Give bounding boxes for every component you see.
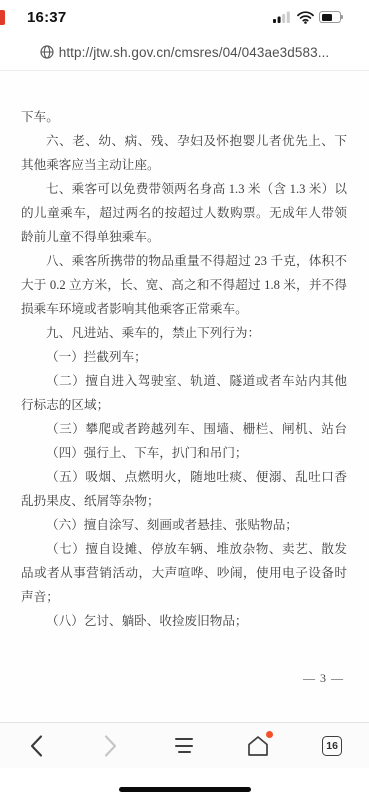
document-line: 乱扔果皮、纸屑等杂物； bbox=[21, 489, 347, 513]
tabs-button[interactable]: 16 bbox=[295, 723, 369, 768]
document-page: 下车。六、老、幼、病、残、孕妇及怀抱婴儿者优先上、下车，其他乘客应当主动让座。七… bbox=[0, 71, 369, 721]
document-line: 声音； bbox=[21, 585, 347, 609]
home-indicator-zone bbox=[0, 768, 369, 800]
forward-button[interactable] bbox=[74, 723, 148, 768]
document-line: （三）攀爬或者跨越列车、围墙、栅栏、闸机、站台门； bbox=[21, 417, 347, 441]
document-line: 其他乘客应当主动让座。 bbox=[21, 153, 347, 177]
document-line: 九、凡进站、乘车的，禁止下列行为： bbox=[21, 321, 347, 345]
document-line: （一）拦截列车； bbox=[21, 345, 347, 369]
document-line: 行标志的区域； bbox=[21, 393, 347, 417]
back-button[interactable] bbox=[0, 723, 74, 768]
cellular-signal-icon bbox=[273, 11, 292, 23]
home-indicator[interactable] bbox=[119, 787, 251, 792]
status-bar: 16:37 bbox=[0, 0, 369, 34]
wifi-icon bbox=[297, 11, 314, 24]
document-line: （二）擅自进入驾驶室、轨道、隧道或者车站内其他有禁 bbox=[21, 369, 347, 393]
document-line: 七、乘客可以免费带领两名身高 1.3 米（含 1.3 米）以下 bbox=[21, 177, 347, 201]
browser-toolbar: 16 bbox=[0, 722, 369, 768]
document-line: 的儿童乘车，超过两名的按超过人数购票。无成年人带领的学 bbox=[21, 201, 347, 225]
forward-chevron-icon bbox=[104, 735, 117, 757]
document-line: （六）擅自涂写、刻画或者悬挂、张贴物品； bbox=[21, 513, 347, 537]
document-line: 六、老、幼、病、残、孕妇及怀抱婴儿者优先上、下车， bbox=[21, 129, 347, 153]
page-number: — 3 — bbox=[21, 671, 347, 686]
menu-button[interactable] bbox=[148, 723, 222, 768]
notification-dot bbox=[266, 731, 273, 738]
document-line: （七）擅自设摊、停放车辆、堆放杂物、卖艺、散发宣传 bbox=[21, 537, 347, 561]
document-line: 大于 0.2 立方米，长、宽、高之和不得超过 1.8 米，并不得污 bbox=[21, 273, 347, 297]
recording-indicator-icon bbox=[0, 10, 5, 25]
browser-window: 16:37 http:// bbox=[0, 0, 369, 800]
document-line: 龄前儿童不得单独乘车。 bbox=[21, 225, 347, 249]
tab-counter-icon: 16 bbox=[322, 736, 342, 756]
document-line: （八）乞讨、躺卧、收捡废旧物品； bbox=[21, 609, 347, 633]
clock: 16:37 bbox=[27, 9, 66, 26]
document-line: （五）吸烟、点燃明火，随地吐痰、便溺、乱吐口香糖， bbox=[21, 465, 347, 489]
back-chevron-icon bbox=[30, 735, 43, 757]
document-line: 品或者从事营销活动，大声喧哗、吵闹，使用电子设备时外放 bbox=[21, 561, 347, 585]
document-line: 下车。 bbox=[21, 105, 347, 129]
battery-icon bbox=[319, 11, 343, 23]
document-line: 损乘车环境或者影响其他乘客正常乘车。 bbox=[21, 297, 347, 321]
address-bar[interactable]: http://jtw.sh.gov.cn/cmsres/04/043ae3d58… bbox=[0, 34, 369, 71]
home-button[interactable] bbox=[221, 723, 295, 768]
document-lines: 下车。六、老、幼、病、残、孕妇及怀抱婴儿者优先上、下车，其他乘客应当主动让座。七… bbox=[21, 105, 347, 633]
document-line: （四）强行上、下车，扒门和吊门； bbox=[21, 441, 347, 465]
menu-hamburger-icon bbox=[175, 738, 193, 753]
document-line: 八、乘客所携带的物品重量不得超过 23 千克，体积不得 bbox=[21, 249, 347, 273]
url-text: http://jtw.sh.gov.cn/cmsres/04/043ae3d58… bbox=[59, 45, 330, 60]
globe-icon bbox=[40, 45, 54, 59]
